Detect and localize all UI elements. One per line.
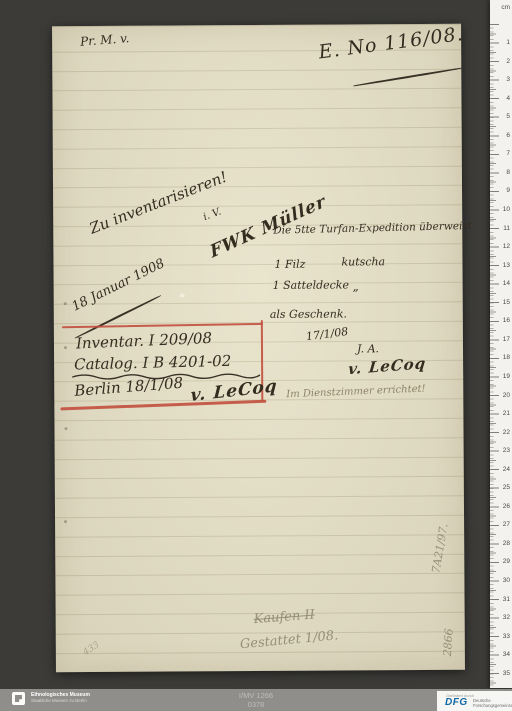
ruler-number: 29 [503, 558, 510, 565]
ruler-number: 10 [503, 206, 510, 213]
margin-mark-right-upper: 7A21/97. [429, 523, 450, 575]
transfer-item-1: 1 Filz [274, 258, 305, 271]
ruler-number: 5 [506, 113, 510, 120]
punch-hole [64, 427, 67, 430]
ruler-number: 17 [503, 336, 510, 343]
dfg-full-name: Deutsche Forschungsgemeinschaft [473, 698, 512, 708]
ruler-number: 2 [506, 58, 510, 65]
catalog-number: Catalog. I B 4201-02 [74, 352, 232, 374]
dfg-name-line2: Forschungsgemeinschaft [473, 703, 512, 708]
ruler-number: 8 [506, 169, 510, 176]
inventar-number: Inventar. I 209/08 [76, 329, 213, 353]
transfer-item-2: 1 Satteldecke [273, 278, 349, 291]
ruler-number: 18 [503, 354, 510, 361]
pencil-note-1: Kaufen II [253, 608, 315, 628]
ruler-number: 16 [503, 317, 510, 324]
ruler-number: 25 [503, 484, 510, 491]
instruction-date: 18 Januar 1908 [70, 256, 168, 315]
ruler-number: 26 [503, 503, 510, 510]
ruler-number: 9 [506, 187, 510, 194]
footer-bar: Ethnologisches Museum Staatliche Museen … [0, 689, 512, 711]
file-number: E. No 116/08. [317, 23, 465, 63]
cm-ruler: cm 1234567891011121314151617181920212223… [490, 0, 512, 688]
ja-abbreviation: J. A. [357, 342, 379, 355]
ruler-number: 33 [503, 633, 510, 640]
ruler-number: 20 [503, 392, 510, 399]
ruler-number: 31 [503, 596, 510, 603]
scan-viewer: Pr. M. v. E. No 116/08. Zu inventarisier… [0, 0, 512, 711]
paper-blemish [180, 293, 185, 297]
red-box-top [62, 323, 263, 328]
ruler-number: 30 [503, 577, 510, 584]
ruler-number: 28 [503, 540, 510, 547]
museum-logo-icon [12, 692, 25, 705]
ruler-number: 13 [503, 262, 510, 269]
ruler-number: 1 [506, 39, 510, 46]
pencil-note-2: Gestattet 1/08. [239, 628, 339, 652]
museum-subtitle: Staatliche Museen zu Berlin [31, 698, 90, 704]
gift-line: als Geschenk. [270, 307, 347, 320]
archive-reference: I/MV 1266 0378 [176, 691, 336, 709]
dfg-abbreviation: DFG [445, 697, 468, 708]
ruler-number: 23 [503, 447, 510, 454]
red-box-bottom [60, 400, 266, 410]
punch-hole [64, 520, 67, 523]
inventory-instruction: Zu inventarisieren! [87, 168, 230, 238]
page-number: 0378 [176, 700, 336, 709]
ruler-number: 12 [503, 243, 510, 250]
ruler-number: 27 [503, 521, 510, 528]
ruler-number: 4 [506, 95, 510, 102]
document-page: Pr. M. v. E. No 116/08. Zu inventarisier… [52, 24, 465, 672]
dienstzimmer-note: Im Dienstzimmer errichtet! [286, 384, 426, 401]
ruler-number: 34 [503, 651, 510, 658]
ditto-mark: „ [353, 279, 359, 293]
ruler-number: 24 [503, 466, 510, 473]
ruler-number: 21 [503, 410, 510, 417]
margin-mark-left: 433 [81, 640, 101, 658]
ruler-number: 7 [506, 150, 510, 157]
ruler-number: 35 [503, 670, 510, 677]
transfer-heading: Die 5tte Turfan-Expedition überweist [273, 220, 472, 237]
punch-hole [64, 302, 67, 305]
ruler-number: 6 [506, 132, 510, 139]
ruler-number: 19 [503, 373, 510, 380]
transfer-date: 17/1/08 [305, 325, 349, 343]
margin-mark-right-lower: 2866 [441, 628, 456, 657]
file-number-underline [353, 67, 462, 86]
archive-id: I/MV 1266 [176, 691, 336, 700]
lecoq-signature-note: v. LeCoq [347, 354, 427, 378]
museum-logo-text: Ethnologisches Museum Staatliche Museen … [31, 692, 90, 704]
iv-abbreviation: i. V. [202, 206, 223, 223]
ruler-number: 3 [506, 76, 510, 83]
punch-hole [64, 346, 67, 349]
ruler-unit-label: cm [501, 4, 510, 11]
registrar-mark: Pr. M. v. [80, 31, 130, 49]
ruler-number: 22 [503, 429, 510, 436]
ruler-number: 11 [503, 225, 510, 232]
ruler-number: 32 [503, 614, 510, 621]
ruler-number: 14 [503, 280, 510, 287]
dfg-logo: Gefördert durch DFG Deutsche Forschungsg… [437, 691, 512, 711]
transfer-item-1-desc: kutscha [341, 255, 385, 268]
ruler-number: 15 [503, 299, 510, 306]
